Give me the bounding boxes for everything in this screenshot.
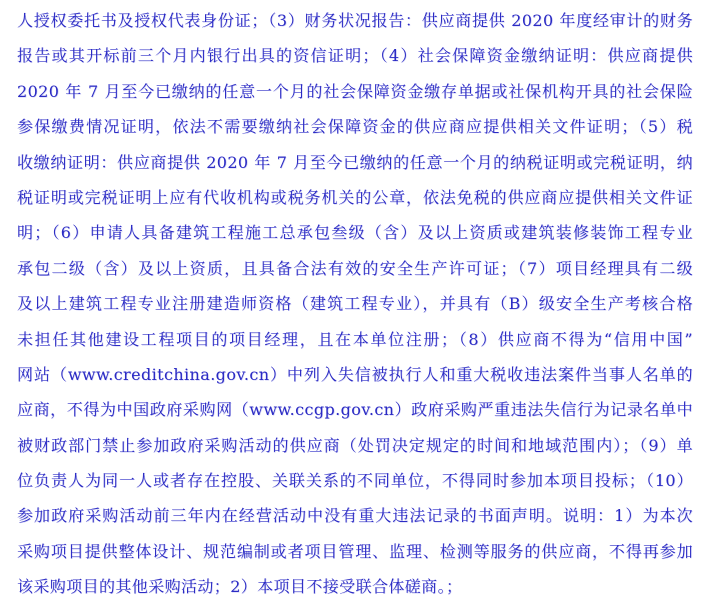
- text-line: 应商，不得为中国政府采购网（www.ccgp.gov.cn）政府采购严重违法失信…: [17, 392, 693, 427]
- text-line: 参加政府采购活动前三年内在经营活动中没有重大违法记录的书面声明。说明：1）为本次: [17, 498, 693, 533]
- text-line: 税证明或完税证明上应有代收机构或税务机关的公章，依法免税的供应商应提供相关文件证: [17, 180, 693, 215]
- text-line: 明；（6）申请人具备建筑工程施工总承包叁级（含）及以上资质或建筑装修装饰工程专业: [17, 215, 693, 250]
- document-page: 人授权委托书及授权代表身份证；（3）财务状况报告：供应商提供 2020 年度经审…: [0, 0, 711, 609]
- text-line: 人授权委托书及授权代表身份证；（3）财务状况报告：供应商提供 2020 年度经审…: [17, 3, 693, 38]
- text-line: 网站（www.creditchina.gov.cn）中列入失信被执行人和重大税收…: [17, 357, 693, 392]
- text-line: 2020 年 7 月至今已缴纳的任意一个月的社会保障资金缴存单据或社保机构开具的…: [17, 74, 693, 109]
- text-line: 该采购项目的其他采购活动；2）本项目不接受联合体磋商。；: [17, 569, 693, 604]
- text-line: 采购项目提供整体设计、规范编制或者项目管理、监理、检测等服务的供应商，不得再参加: [17, 534, 693, 569]
- text-line: 参保缴费情况证明，依法不需要缴纳社会保障资金的供应商应提供相关文件证明；（5）税: [17, 109, 693, 144]
- text-line: 未担任其他建设工程项目的项目经理，且在本单位注册；（8）供应商不得为“信用中国”: [17, 322, 693, 357]
- text-line: 被财政部门禁止参加政府采购活动的供应商（处罚决定规定的时间和地域范围内）；（9）…: [17, 428, 693, 463]
- text-line: 收缴纳证明：供应商提供 2020 年 7 月至今已缴纳的任意一个月的纳税证明或完…: [17, 145, 693, 180]
- document-text-block: 人授权委托书及授权代表身份证；（3）财务状况报告：供应商提供 2020 年度经审…: [17, 3, 693, 605]
- text-line: 位负责人为同一人或者存在控股、关联关系的不同单位，不得同时参加本项目投标；（10…: [17, 463, 693, 498]
- text-line: 承包二级（含）及以上资质，且具备合法有效的安全生产许可证；（7）项目经理具有二级: [17, 251, 693, 286]
- text-line: 报告或其开标前三个月内银行出具的资信证明；（4）社会保障资金缴纳证明：供应商提供: [17, 38, 693, 73]
- text-line: 及以上建筑工程专业注册建造师资格（建筑工程专业），并具有（B）级安全生产考核合格…: [17, 286, 693, 321]
